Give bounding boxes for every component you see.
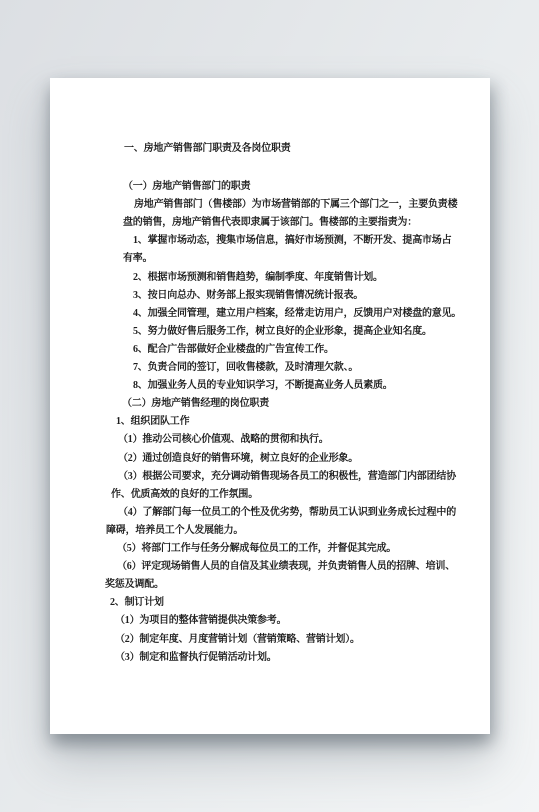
document-line: （5）将部门工作与任务分解成每位员工的工作，并督促其完成。 xyxy=(117,543,396,555)
document-line: 盘的销售，房地产销售代表即隶属于该部门。售楼部的主要指责为： xyxy=(123,217,417,229)
document-line: 6、配合广告部做好企业楼盘的广告宣传工作。 xyxy=(133,344,334,356)
document-line: 5、努力做好售后服务工作，树立良好的企业形象，提高企业知名度。 xyxy=(133,326,432,338)
document-line: 2、制订计划 xyxy=(110,597,164,609)
document-title: 一、房地产销售部门职责及各岗位职责 xyxy=(124,143,291,155)
document-line: 作、优质高效的良好的工作氛围。 xyxy=(111,489,258,501)
document-line: （3）制定和监督执行促销活动计划。 xyxy=(115,652,277,664)
document-line: 4、加强全同管理，建立用户档案，经常走访用户，反馈用户对楼盘的意见。 xyxy=(133,308,461,320)
document-page: 一、房地产销售部门职责及各岗位职责 （一）房地产销售部门的职责房地产销售部门（售… xyxy=(50,78,490,734)
document-line: 8、加强业务人员的专业知识学习，不断提高业务人员素质。 xyxy=(133,380,393,392)
document-line: （二）房地产销售经理的岗位职责 xyxy=(122,398,269,410)
document-line: 有率。 xyxy=(123,253,152,265)
document-line: （一）房地产销售部门的职责 xyxy=(123,181,250,193)
document-line: （3）根据公司要求，充分调动销售现场各员工的积极性，营造部门内部团结协 xyxy=(118,471,456,483)
document-line: 3、按日向总办、财务部上报实现销售情况统计报表。 xyxy=(133,290,363,302)
document-line: （1）为项目的整体营销提供决策参考。 xyxy=(115,615,286,627)
document-line: （2）制定年度、月度营销计划（营销策略、营销计划）。 xyxy=(115,634,360,646)
document-line: （2）通过创造良好的销售环境，树立良好的企业形象。 xyxy=(118,453,358,465)
document-line: 2、根据市场预测和销售趋势，编制季度、年度销售计划。 xyxy=(133,272,383,284)
document-line: （6）评定现场销售人员的自信及其业绩表现，并负责销售人员的招牌、培训、 xyxy=(117,561,455,573)
document-line: 7、负责合同的签订，回收售楼款，及时清理欠款、。 xyxy=(133,362,358,374)
document-line: 障碍，培养员工个人发展能力。 xyxy=(106,525,243,537)
document-line: 1、组织团队工作 xyxy=(116,416,189,428)
document-line: （4）了解部门每一位员工的个性及优劣势，帮助员工认识到业务成长过程中的 xyxy=(118,507,456,519)
document-line: （1）推动公司核心价值观、战略的贯彻和执行。 xyxy=(118,434,329,446)
document-line: 1、掌握市场动态，搜集市场信息，搞好市场预测，不断开发、提高市场占 xyxy=(133,235,451,247)
document-line: 奖惩及调配。 xyxy=(105,579,164,591)
document-line: 房地产销售部门（售楼部）为市场营销部的下属三个部门之一，主要负责楼 xyxy=(134,199,457,211)
